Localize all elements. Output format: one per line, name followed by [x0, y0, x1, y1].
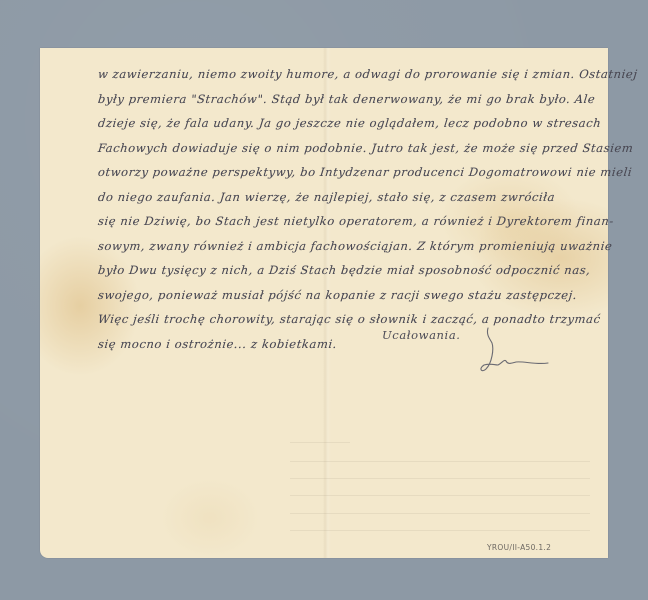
letter-line: do niego zaufania. Jan wierzę, że najlep…	[97, 185, 600, 210]
letter-line: swojego, ponieważ musiał pójść na kopani…	[97, 283, 600, 308]
ghost-line	[290, 461, 590, 462]
letter-line: Fachowych dowiaduje się o nim podobnie. …	[97, 136, 600, 161]
letter-line: się nie Dziwię, bo Stach jest nietylko o…	[97, 209, 600, 234]
ghost-line	[290, 442, 350, 443]
letter-line: otworzy poważne perspektywy, bo Intydzen…	[97, 160, 600, 185]
ghost-line	[290, 530, 590, 531]
archive-reference: YROU/II-A50.1.2	[487, 543, 551, 552]
letter-line: sowym, zwany również i ambicja fachowośc…	[97, 234, 600, 259]
letter-closing: Ucałowania.	[382, 328, 461, 342]
letter-line: było Dwu tysięcy z nich, a Dziś Stach bę…	[97, 258, 600, 283]
letter-body: w zawierzaniu, niemo zwoity humore, a od…	[98, 62, 598, 356]
letter-line: w zawierzaniu, niemo zwoity humore, a od…	[97, 62, 600, 87]
letter-line: były premiera "Strachów". Stąd był tak d…	[97, 87, 600, 112]
letter-sheet: w zawierzaniu, niemo zwoity humore, a od…	[40, 48, 608, 558]
letter-line: dzieje się, że fala udany. Ja go jeszcze…	[97, 111, 600, 136]
ghost-line	[290, 478, 590, 479]
ghost-line	[290, 495, 590, 496]
signature-icon	[458, 323, 558, 383]
ghost-line	[290, 513, 590, 514]
